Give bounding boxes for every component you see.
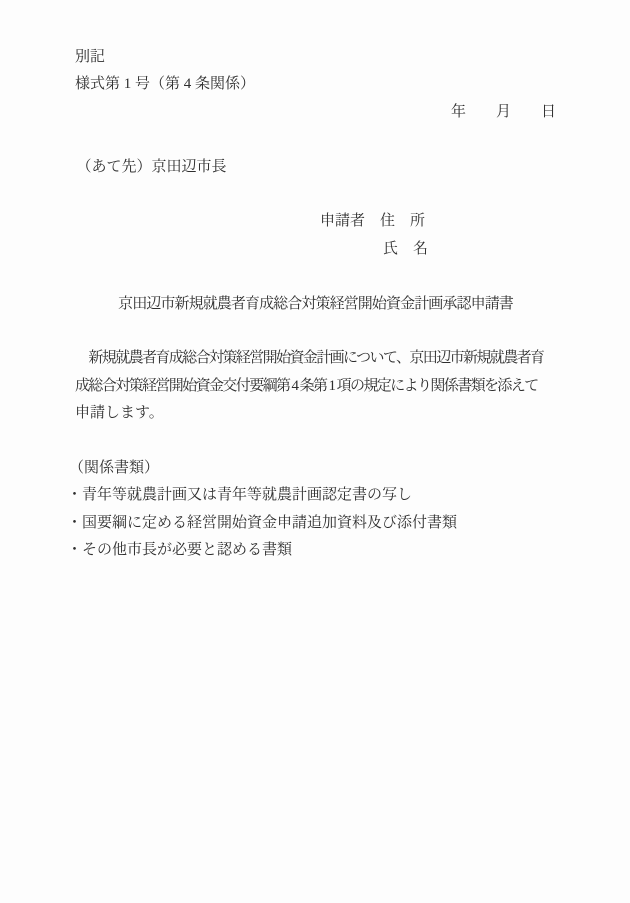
- body-line: 新規就農者育成総合対策経営開始資金計画について、京田辺市新規就農者育: [75, 345, 556, 372]
- spacer: [75, 126, 556, 153]
- spacer: [75, 181, 556, 208]
- spacer: [75, 428, 556, 455]
- attachment-item: ・その他市長が必要と認める書類: [75, 537, 556, 564]
- date-line: 年 月 日: [75, 99, 556, 126]
- applicant-name-line: 氏 名: [383, 236, 556, 263]
- applicant-address-line: 申請者 住 所: [320, 208, 556, 235]
- body-line: 申請します。: [75, 400, 556, 427]
- form-note: 別記: [75, 44, 556, 71]
- document-page: 別記 様式第 1 号（第 4 条関係） 年 月 日 （あて先）京田辺市長 申請者…: [0, 0, 630, 903]
- spacer: [75, 263, 556, 290]
- document-title: 京田辺市新規就農者育成総合対策経営開始資金計画承認申請書: [75, 291, 556, 318]
- spacer: [75, 318, 556, 345]
- body-line: 成総合対策経営開始資金交付要綱第 4 条第 1 項の規定により関係書類を添えて: [75, 373, 556, 400]
- form-number: 様式第 1 号（第 4 条関係）: [75, 71, 556, 98]
- attachment-item: ・国要綱に定める経営開始資金申請追加資料及び添付書類: [75, 510, 556, 537]
- attachments-heading: （関係書類）: [75, 455, 556, 482]
- addressee-line: （あて先）京田辺市長: [75, 154, 556, 181]
- attachment-item: ・青年等就農計画又は青年等就農計画認定書の写し: [75, 482, 556, 509]
